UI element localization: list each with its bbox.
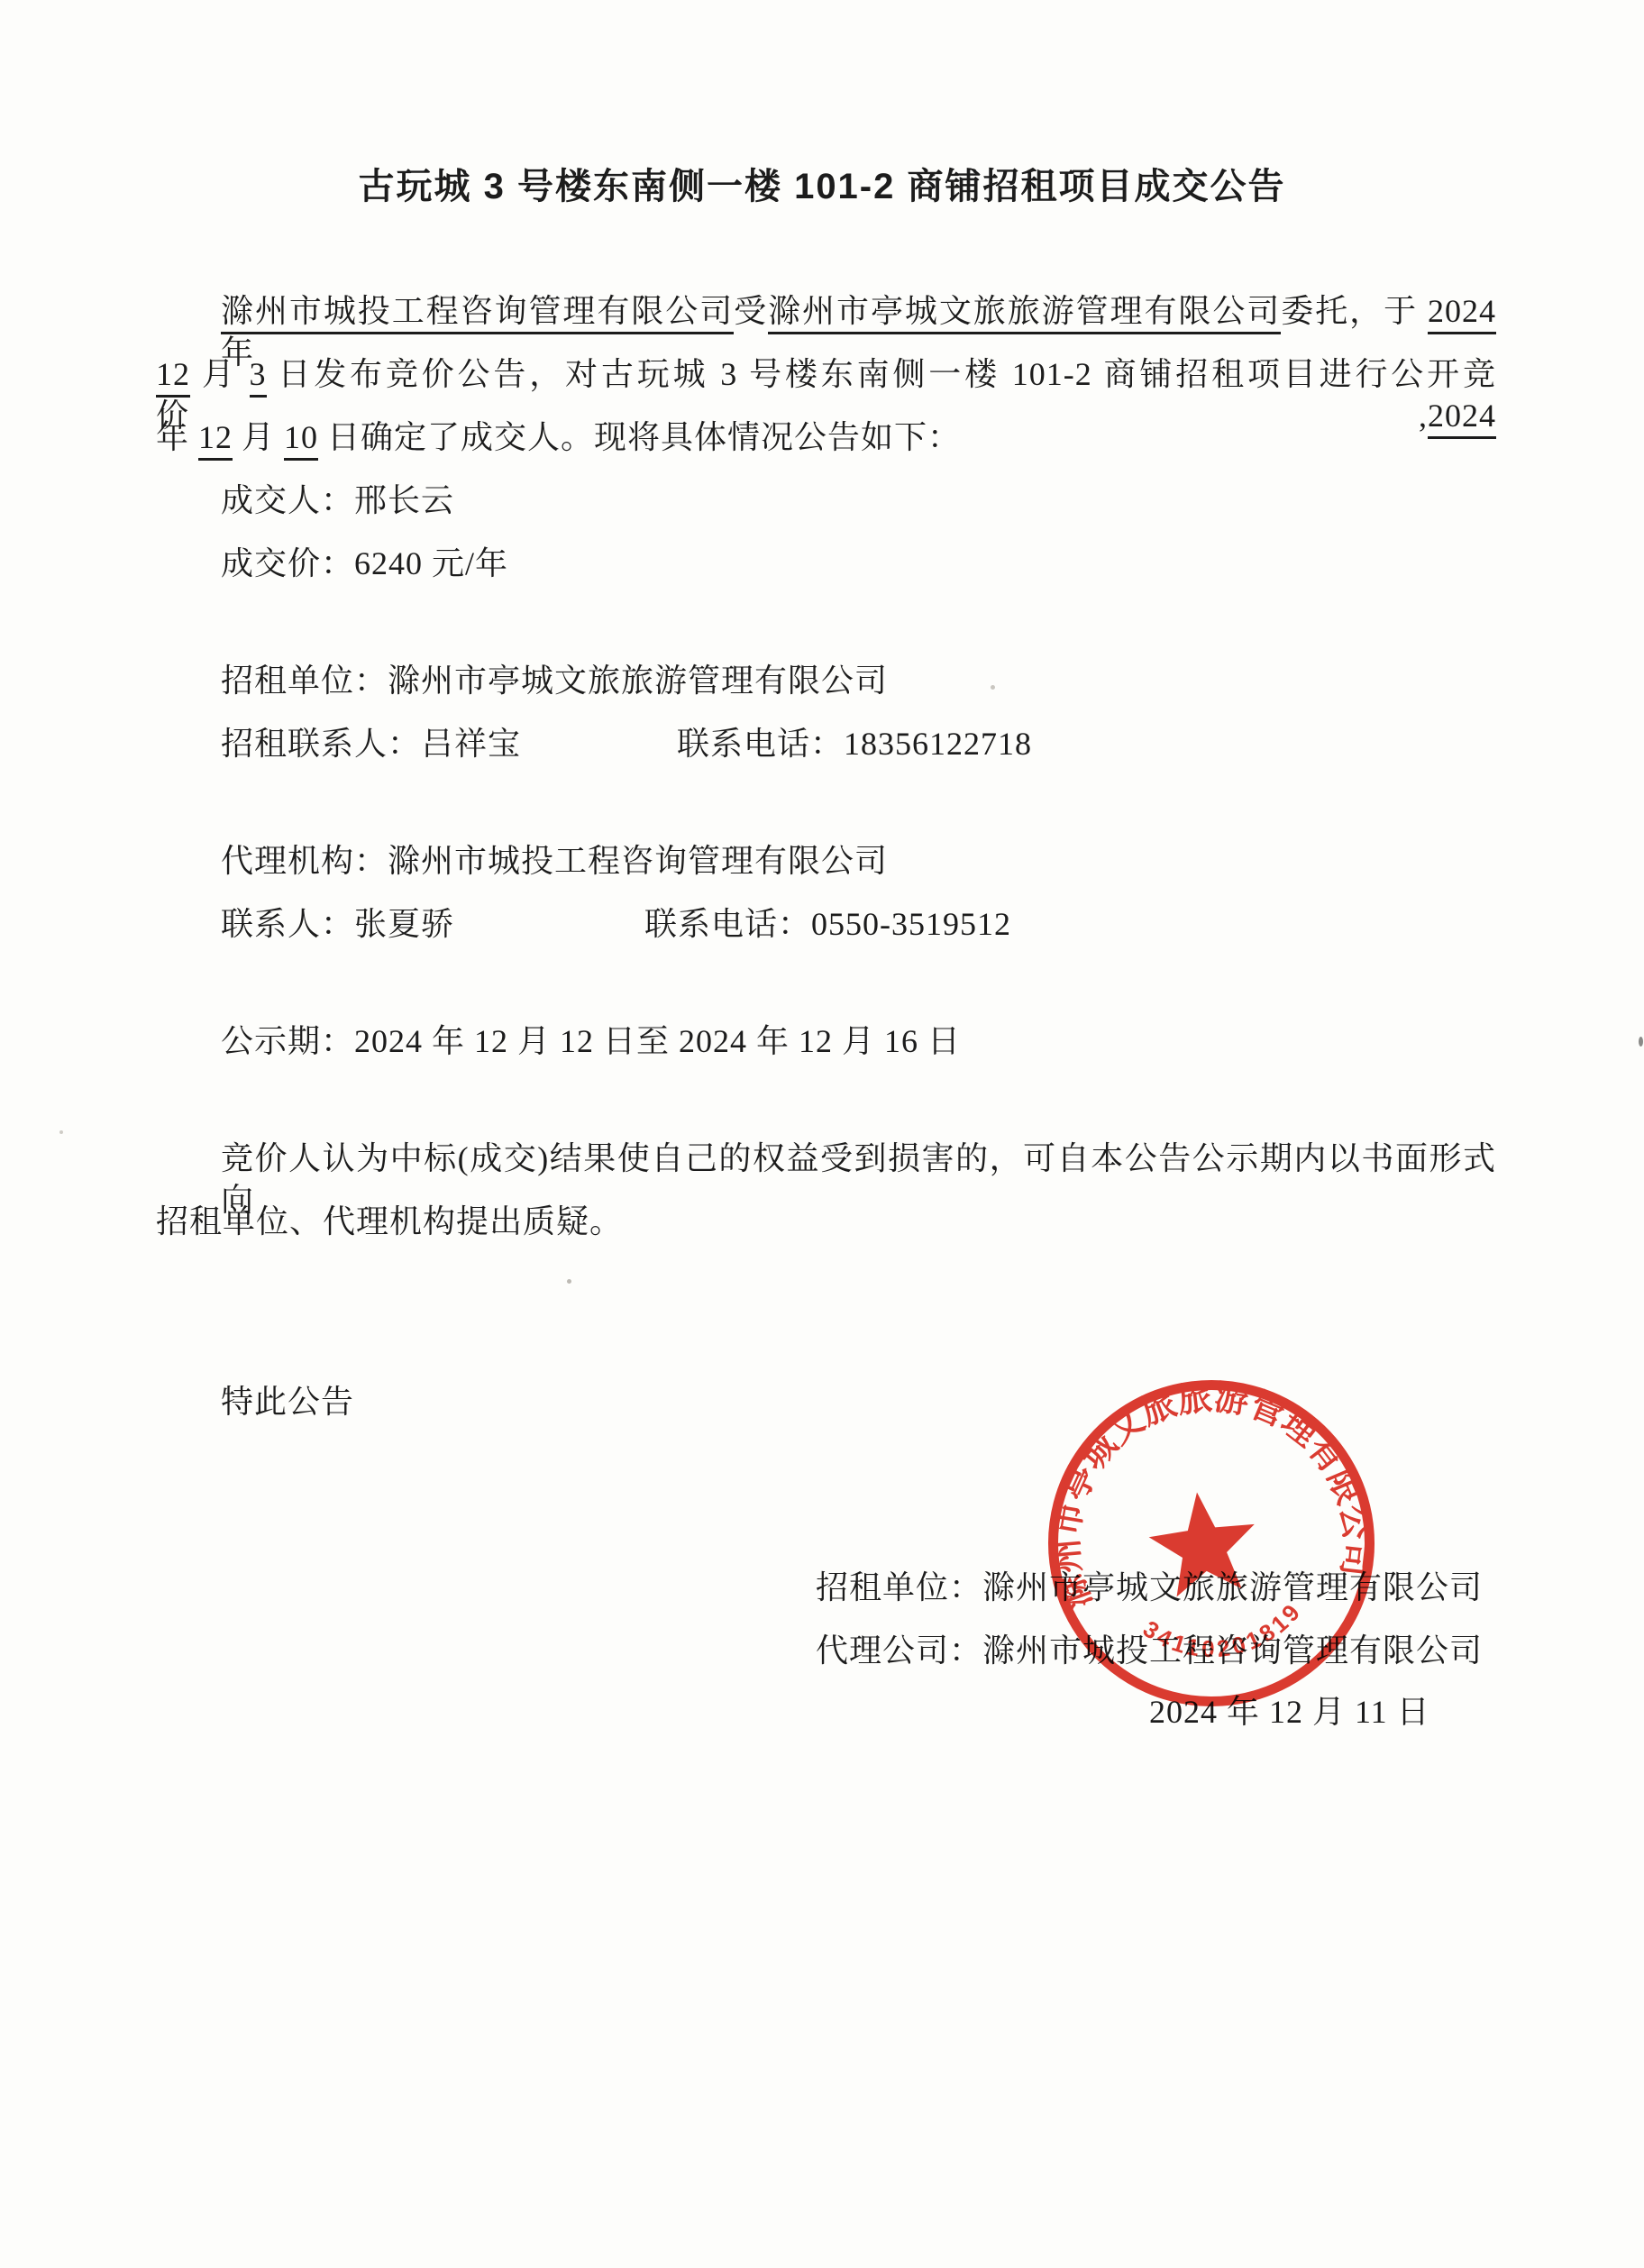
lessor-unit: 招租单位：滁州市亭城文旅旅游管理有限公司 bbox=[221, 660, 888, 701]
agency-contact: 联系人：张夏骄 bbox=[221, 906, 454, 942]
scan-speck bbox=[1639, 1037, 1643, 1047]
year-underlined: 2024 bbox=[1428, 293, 1496, 334]
seal-serial-number: 34110201819 bbox=[1136, 1595, 1312, 1672]
company-seal: 滁州市亭城文旅旅游管理有限公司 34110201819 bbox=[1000, 1332, 1422, 1754]
month-underlined: 12 bbox=[156, 356, 190, 398]
day-underlined: 3 bbox=[250, 356, 267, 398]
deal-winner: 成交人：邢长云 bbox=[221, 480, 454, 521]
month-underlined: 12 bbox=[198, 419, 233, 461]
text-segment: 委托，于 bbox=[1281, 293, 1428, 329]
lessor-company-underlined: 滁州市亭城文旅旅游管理有限公司 bbox=[768, 293, 1281, 334]
day-underlined: 10 bbox=[284, 419, 318, 461]
closing-statement: 特此公告 bbox=[221, 1381, 354, 1422]
deal-price: 成交价：6240 元/年 bbox=[221, 543, 508, 584]
publicity-period: 公示期：2024 年 12 月 12 日至 2024 年 12 月 16 日 bbox=[221, 1020, 961, 1062]
announcement-paragraph-line-3: 年 12 月 10 日确定了成交人。现将具体情况公告如下： bbox=[156, 416, 961, 458]
svg-text:滁州市亭城文旅旅游管理有限公司: 滁州市亭城文旅旅游管理有限公司 bbox=[1029, 1361, 1381, 1617]
text-segment: 月 bbox=[190, 356, 250, 392]
text-segment: 月 bbox=[233, 419, 284, 455]
seal-star-icon bbox=[1144, 1486, 1262, 1599]
agency-contact-line: 联系人：张夏骄联系电话：0550-3519512 bbox=[221, 903, 1011, 945]
agency-phone: 联系电话：0550-3519512 bbox=[644, 906, 1011, 942]
year-underlined: 2024 bbox=[1428, 398, 1496, 439]
lessor-phone: 联系电话：18356122718 bbox=[677, 726, 1032, 762]
scan-speck bbox=[567, 1279, 571, 1284]
lessor-contact: 招租联系人：吕祥宝 bbox=[221, 726, 521, 762]
text-segment: 年 bbox=[156, 419, 198, 455]
text-segment: 日确定了成交人。现将具体情况公告如下： bbox=[318, 419, 961, 455]
agency-company-underlined: 滁州市城投工程咨询管理有限公司 bbox=[221, 293, 734, 334]
agency-org: 代理机构：滁州市城投工程咨询管理有限公司 bbox=[221, 840, 888, 882]
objection-line-2: 招租单位、代理机构提出质疑。 bbox=[156, 1201, 623, 1242]
document-page: 古玩城 3 号楼东南侧一楼 101-2 商铺招租项目成交公告 滁州市城投工程咨询… bbox=[0, 0, 1644, 2268]
lessor-contact-line: 招租联系人：吕祥宝联系电话：18356122718 bbox=[221, 723, 1032, 764]
svg-text:34110201819: 34110201819 bbox=[1136, 1595, 1312, 1672]
scan-speck bbox=[59, 1130, 63, 1134]
seal-company-name: 滁州市亭城文旅旅游管理有限公司 bbox=[1029, 1361, 1381, 1617]
text-segment: 受 bbox=[734, 293, 768, 329]
document-title: 古玩城 3 号楼东南侧一楼 101-2 商铺招租项目成交公告 bbox=[0, 166, 1644, 207]
scan-speck bbox=[991, 685, 995, 690]
